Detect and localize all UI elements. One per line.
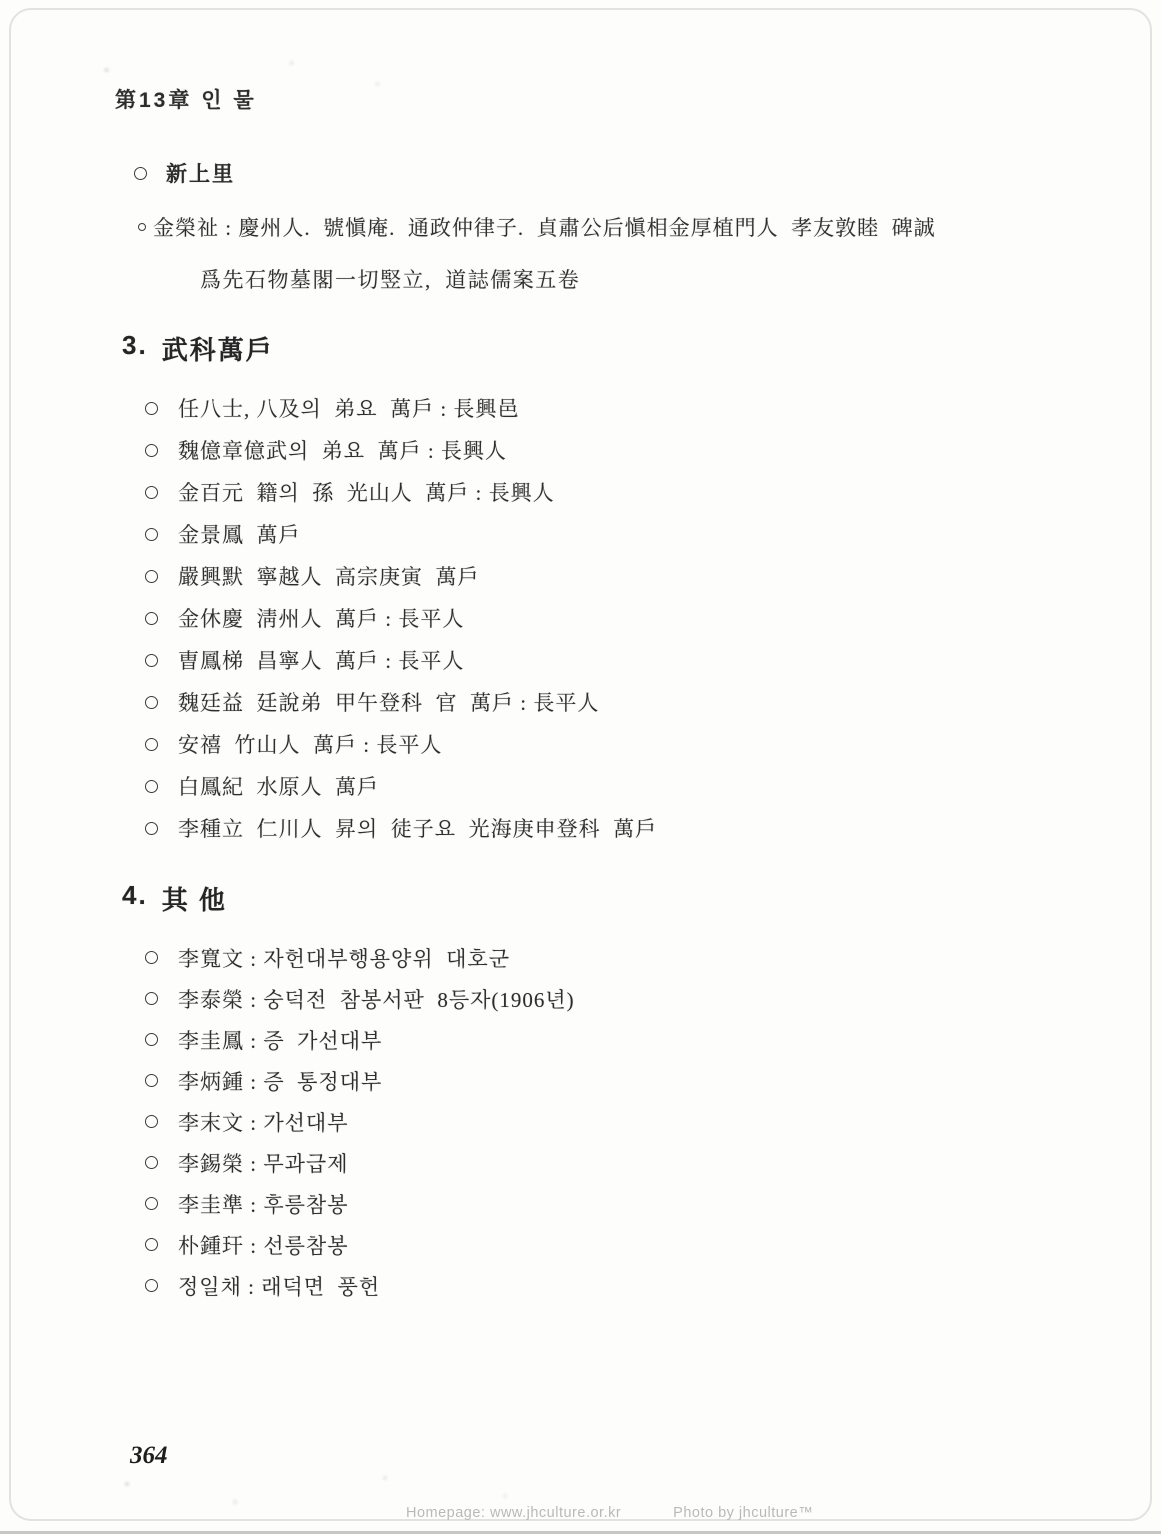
list-item-text: 曺鳳梯 昌寧人 萬戶 : 長平人 — [178, 645, 464, 675]
section-3-list: 任八士, 八及의 弟요 萬戶 : 長興邑 魏億章億武의 弟요 萬戶 : 長興人 … — [145, 387, 657, 849]
list-item: 金景鳳 萬戶 — [145, 513, 657, 555]
village-heading-row: 新上里 — [134, 158, 235, 188]
list-item-text: 任八士, 八及의 弟요 萬戶 : 長興邑 — [178, 393, 519, 423]
circle-bullet — [145, 780, 158, 793]
list-item: 金百元 籍의 孫 光山人 萬戶 : 長興人 — [145, 471, 657, 513]
list-item-text: 金景鳳 萬戶 — [178, 519, 301, 549]
list-item: 朴鍾玕 : 선릉참봉 — [145, 1224, 575, 1265]
list-item: 魏億章億武의 弟요 萬戶 : 長興人 — [145, 429, 657, 471]
circle-bullet — [145, 696, 158, 709]
scanned-page: 第13章 인 물 新上里 金榮祉 : 慶州人. 號愼庵. 通政仲律子. 貞肅公后… — [0, 0, 1161, 1534]
circle-bullet — [145, 992, 158, 1005]
list-item: 曺鳳梯 昌寧人 萬戶 : 長平人 — [145, 639, 657, 681]
section-4-number: 4. — [122, 880, 148, 917]
list-item: 李寬文 : 자헌대부행용양위 대호군 — [145, 937, 575, 978]
list-item: 李種立 仁川人 昇의 徒子요 光海庚申登科 萬戶 — [145, 807, 657, 849]
circle-bullet — [145, 654, 158, 667]
person-entry-text: 金榮祉 : 慶州人. 號愼庵. 通政仲律子. 貞肅公后愼相金厚植門人 孝友敦睦 … — [153, 212, 936, 242]
list-item: 李圭準 : 후릉참봉 — [145, 1183, 575, 1224]
list-item-text: 白鳳紀 水原人 萬戶 — [178, 771, 379, 801]
list-item-text: 魏億章億武의 弟요 萬戶 : 長興人 — [178, 435, 507, 465]
section-3-heading: 3. 武科萬戶 — [122, 330, 274, 367]
list-item-text: 金休慶 淸州人 萬戶 : 長平人 — [178, 603, 464, 633]
circle-bullet — [145, 528, 158, 541]
circle-bullet — [145, 1238, 158, 1251]
list-item-text: 朴鍾玕 : 선릉참봉 — [178, 1230, 348, 1260]
person-entry-row: 金榮祉 : 慶州人. 號愼庵. 通政仲律子. 貞肅公后愼相金厚植門人 孝友敦睦 … — [138, 212, 1098, 242]
village-title: 新上里 — [166, 158, 235, 188]
list-item: 白鳳紀 水原人 萬戶 — [145, 765, 657, 807]
person-entry-continuation: 爲先石物墓閣一切竪立, 道誌儒案五卷 — [200, 264, 580, 294]
list-item-text: 정일채 : 래덕면 풍헌 — [178, 1271, 380, 1301]
list-item-text: 李泰榮 : 숭덕전 참봉서판 8등자(1906년) — [178, 984, 575, 1014]
list-item: 嚴興默 寧越人 高宗庚寅 萬戶 — [145, 555, 657, 597]
list-item: 金休慶 淸州人 萬戶 : 長平人 — [145, 597, 657, 639]
circle-bullet — [145, 486, 158, 499]
section-3-number: 3. — [122, 330, 148, 367]
list-item-text: 李圭鳳 : 증 가선대부 — [178, 1025, 382, 1055]
circle-bullet — [145, 1074, 158, 1087]
list-item: 魏廷益 廷說弟 甲午登科 官 萬戶 : 長平人 — [145, 681, 657, 723]
circle-bullet — [134, 167, 147, 180]
credit-text: Photo by jhculture™ — [673, 1505, 813, 1521]
homepage-text: Homepage: www.jhculture.or.kr — [406, 1505, 621, 1521]
circle-bullet — [145, 402, 158, 415]
list-item-text: 金百元 籍의 孫 光山人 萬戶 : 長興人 — [178, 477, 555, 507]
list-item-text: 李圭準 : 후릉참봉 — [178, 1189, 348, 1219]
list-item-text: 李寬文 : 자헌대부행용양위 대호군 — [178, 943, 510, 973]
section-4-list: 李寬文 : 자헌대부행용양위 대호군 李泰榮 : 숭덕전 참봉서판 8등자(19… — [145, 937, 575, 1306]
circle-bullet — [145, 444, 158, 457]
list-item-text: 嚴興默 寧越人 高宗庚寅 萬戶 — [178, 561, 480, 591]
list-item: 정일채 : 래덕면 풍헌 — [145, 1265, 575, 1306]
circle-bullet — [145, 1156, 158, 1169]
circle-bullet — [145, 822, 158, 835]
circle-bullet — [145, 738, 158, 751]
list-item: 安禧 竹山人 萬戶 : 長平人 — [145, 723, 657, 765]
list-item: 李圭鳳 : 증 가선대부 — [145, 1019, 575, 1060]
list-item-text: 李種立 仁川人 昇의 徒子요 光海庚申登科 萬戶 — [178, 813, 657, 843]
circle-bullet — [145, 951, 158, 964]
list-item-text: 李錫榮 : 무과급제 — [178, 1148, 348, 1178]
list-item-text: 李炳鍾 : 증 통정대부 — [178, 1066, 382, 1096]
section-3-title: 武科萬戶 — [162, 330, 274, 367]
chapter-header: 第13章 인 물 — [115, 84, 257, 114]
list-item: 李錫榮 : 무과급제 — [145, 1142, 575, 1183]
circle-bullet — [145, 1279, 158, 1292]
list-item: 李泰榮 : 숭덕전 참봉서판 8등자(1906년) — [145, 978, 575, 1019]
circle-bullet — [145, 1115, 158, 1128]
list-item: 李末文 : 가선대부 — [145, 1101, 575, 1142]
small-circle-bullet — [138, 223, 146, 231]
watermark-footer: Homepage: www.jhculture.or.kr Photo by j… — [406, 1505, 813, 1521]
page-number: 364 — [130, 1442, 168, 1470]
section-4-heading: 4. 其 他 — [122, 880, 227, 917]
circle-bullet — [145, 612, 158, 625]
section-4-title: 其 他 — [162, 880, 227, 917]
list-item-text: 安禧 竹山人 萬戶 : 長平人 — [178, 729, 442, 759]
list-item: 任八士, 八及의 弟요 萬戶 : 長興邑 — [145, 387, 657, 429]
circle-bullet — [145, 1033, 158, 1046]
list-item-text: 魏廷益 廷說弟 甲午登科 官 萬戶 : 長平人 — [178, 687, 599, 717]
list-item-text: 李末文 : 가선대부 — [178, 1107, 348, 1137]
circle-bullet — [145, 1197, 158, 1210]
circle-bullet — [145, 570, 158, 583]
list-item: 李炳鍾 : 증 통정대부 — [145, 1060, 575, 1101]
